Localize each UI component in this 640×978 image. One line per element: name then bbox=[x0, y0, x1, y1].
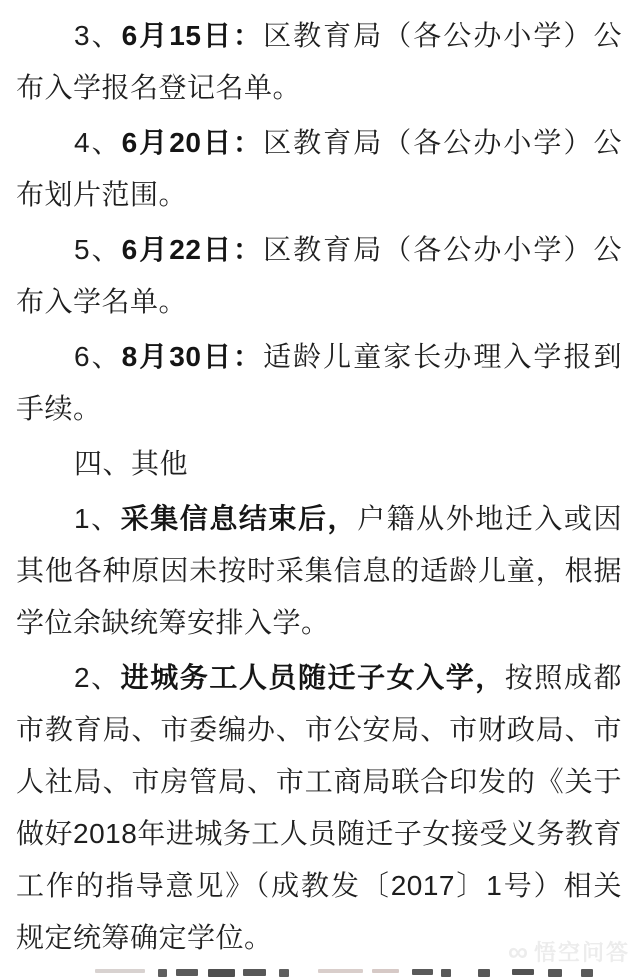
text-line: 布划片范围。 bbox=[16, 169, 622, 221]
clipped-char-fragment bbox=[176, 969, 198, 976]
text-run: 1、 bbox=[74, 503, 121, 534]
paragraph: 四、其他 bbox=[16, 438, 622, 490]
paragraph: 1、采集信息结束后，户籍从外地迁入或因其他各种原因未按时采集信息的适龄儿童，根据… bbox=[16, 493, 622, 649]
article-page: 3、6月15日：区教育局（各公办小学）公布入学报名登记名单。4、6月20日：区教… bbox=[0, 0, 640, 978]
text-run: 规定统筹确定学位。 bbox=[16, 922, 273, 953]
text-run: 布入学报名登记名单。 bbox=[16, 72, 301, 103]
text-line: 4、6月20日：区教育局（各公办小学）公 bbox=[16, 117, 622, 169]
text-run: 2、 bbox=[74, 662, 121, 693]
paragraph: 2、进城务工人员随迁子女入学，按照成都市教育局、市委编办、市公安局、市财政局、市… bbox=[16, 652, 622, 964]
text-run: 手续。 bbox=[16, 393, 102, 424]
text-line: 其他各种原因未按时采集信息的适龄儿童，根据 bbox=[16, 545, 622, 597]
text-run: 3、 bbox=[74, 20, 122, 51]
paragraph: 3、6月15日：区教育局（各公办小学）公布入学报名登记名单。 bbox=[16, 10, 622, 114]
text-run: 市教育局、市委编办、市公安局、市财政局、市 bbox=[16, 714, 622, 745]
clipped-char-fragment bbox=[318, 969, 363, 973]
text-run: 区教育局（各公办小学）公 bbox=[263, 20, 622, 51]
text-line: 工作的指导意见》（成教发〔2017〕1号）相关 bbox=[16, 860, 622, 912]
watermark: ∞ 悟空问答 bbox=[508, 936, 630, 967]
text-line: 2、进城务工人员随迁子女入学，按照成都 bbox=[16, 652, 622, 704]
text-run: 区教育局（各公办小学）公 bbox=[263, 127, 622, 158]
clipped-char-fragment bbox=[95, 969, 145, 973]
text-run: 户籍从外地迁入或因 bbox=[357, 503, 622, 534]
bold-text-run: 8月30日： bbox=[122, 341, 263, 372]
clipped-char-fragment bbox=[548, 969, 562, 977]
bold-text-run: 进城务工人员随迁子女入学， bbox=[121, 662, 505, 693]
bold-text-run: 采集信息结束后， bbox=[121, 503, 357, 534]
text-run: 4、 bbox=[74, 127, 122, 158]
wukong-wenda-logo-icon: ∞ bbox=[508, 940, 528, 964]
text-run: 区教育局（各公办小学）公 bbox=[263, 234, 622, 265]
clipped-char-fragment bbox=[581, 969, 593, 977]
text-run: 人社局、市房管局、市工商局联合印发的《关于 bbox=[16, 766, 622, 797]
bold-text-run: 6月22日： bbox=[122, 234, 263, 265]
text-run: 6、 bbox=[74, 341, 122, 372]
text-run: 布入学名单。 bbox=[16, 286, 187, 317]
text-run: 5、 bbox=[74, 234, 122, 265]
text-line: 学位余缺统筹安排入学。 bbox=[16, 597, 622, 649]
bold-text-run: 6月20日： bbox=[122, 127, 263, 158]
clipped-next-line bbox=[0, 969, 640, 978]
text-run: 做好2018年进城务工人员随迁子女接受义务教育 bbox=[16, 818, 622, 849]
text-line: 四、其他 bbox=[16, 438, 622, 490]
article-body: 3、6月15日：区教育局（各公办小学）公布入学报名登记名单。4、6月20日：区教… bbox=[16, 10, 622, 967]
text-line: 1、采集信息结束后，户籍从外地迁入或因 bbox=[16, 493, 622, 545]
watermark-text: 悟空问答 bbox=[534, 936, 630, 967]
paragraph: 4、6月20日：区教育局（各公办小学）公布划片范围。 bbox=[16, 117, 622, 221]
text-line: 人社局、市房管局、市工商局联合印发的《关于 bbox=[16, 756, 622, 808]
text-line: 3、6月15日：区教育局（各公办小学）公 bbox=[16, 10, 622, 62]
clipped-char-fragment bbox=[512, 969, 534, 975]
text-run: 布划片范围。 bbox=[16, 179, 187, 210]
paragraph: 5、6月22日：区教育局（各公办小学）公布入学名单。 bbox=[16, 224, 622, 328]
clipped-char-fragment bbox=[441, 969, 451, 977]
paragraph: 6、8月30日：适龄儿童家长办理入学报到手续。 bbox=[16, 331, 622, 435]
text-line: 手续。 bbox=[16, 383, 622, 435]
text-run: 工作的指导意见》（成教发〔2017〕1号）相关 bbox=[16, 870, 622, 901]
clipped-char-fragment bbox=[158, 969, 167, 977]
bold-text-run: 6月15日： bbox=[122, 20, 263, 51]
text-run: 适龄儿童家长办理入学报到 bbox=[263, 341, 622, 372]
text-run: 其他各种原因未按时采集信息的适龄儿童，根据 bbox=[16, 555, 622, 586]
clipped-char-fragment bbox=[208, 969, 235, 977]
text-line: 6、8月30日：适龄儿童家长办理入学报到 bbox=[16, 331, 622, 383]
text-run: 学位余缺统筹安排入学。 bbox=[16, 607, 330, 638]
clipped-char-fragment bbox=[243, 969, 266, 976]
text-run: 按照成都 bbox=[505, 662, 622, 693]
text-line: 市教育局、市委编办、市公安局、市财政局、市 bbox=[16, 704, 622, 756]
text-line: 布入学名单。 bbox=[16, 276, 622, 328]
clipped-char-fragment bbox=[478, 969, 490, 977]
text-line: 做好2018年进城务工人员随迁子女接受义务教育 bbox=[16, 808, 622, 860]
text-line: 5、6月22日：区教育局（各公办小学）公 bbox=[16, 224, 622, 276]
text-run: 四、其他 bbox=[74, 448, 188, 479]
clipped-char-fragment bbox=[372, 969, 399, 973]
clipped-char-fragment bbox=[279, 969, 289, 977]
clipped-char-fragment bbox=[412, 969, 433, 975]
text-line: 布入学报名登记名单。 bbox=[16, 62, 622, 114]
